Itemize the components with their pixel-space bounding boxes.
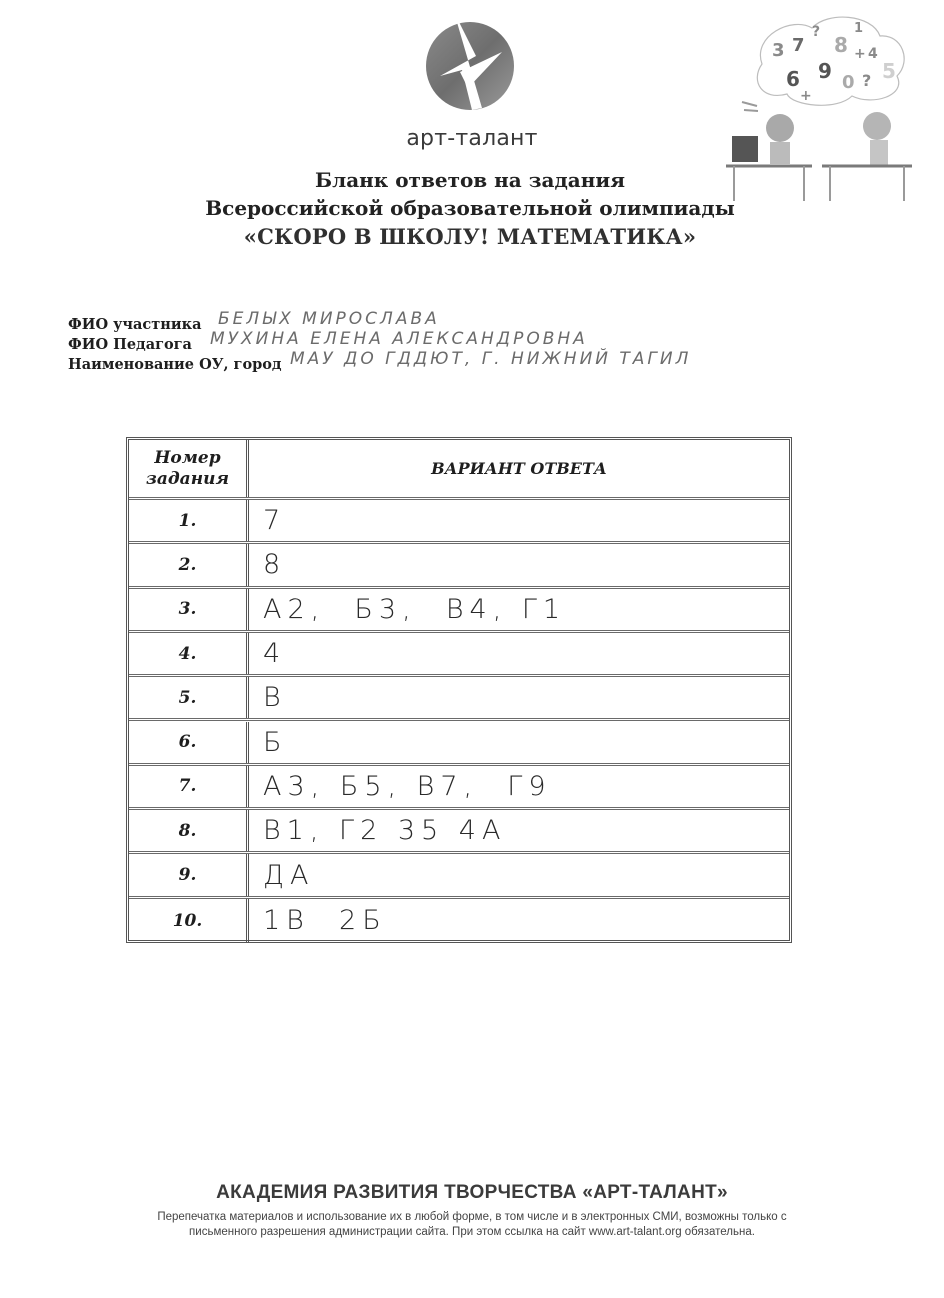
table-row: 6.Б [129, 722, 789, 766]
table-row: 1.7 [129, 500, 789, 544]
table-row: 8.В1, Г2 35 4А [129, 810, 789, 854]
field-value-handwritten: МАУ ДО ГДДЮТ, г. Нижний Тагил [290, 349, 691, 369]
header-num-line-2: задания [146, 469, 229, 490]
handwritten-answer: В [249, 677, 789, 718]
task-number: 10. [129, 899, 249, 943]
footer-notice-line-1: Перепечатка материалов и использование и… [80, 1210, 864, 1225]
handwritten-answer: 8 [249, 544, 789, 585]
handwritten-answer: 7 [249, 500, 789, 541]
school-city-field: Наименование ОУ, город МАУ ДО ГДДЮТ, г. … [68, 355, 282, 375]
svg-text:?: ? [862, 71, 871, 90]
table-row: 5.В [129, 677, 789, 721]
header-answer-variant: ВАРИАНТ ОТВЕТА [249, 440, 789, 497]
participant-fields: ФИО участника Белых Мирослава ФИО Педаго… [68, 315, 282, 375]
handwritten-answer: 1В 2Б [249, 899, 789, 943]
handwritten-answer: ДА [249, 854, 789, 895]
svg-text:0: 0 [842, 72, 855, 93]
header-num-line-1: Номер [154, 448, 220, 469]
table-row: 4.4 [129, 633, 789, 677]
title-line-1: Бланк ответов на задания [150, 166, 790, 194]
svg-text:1: 1 [854, 21, 863, 36]
svg-text:+: + [854, 46, 866, 62]
task-number: 1. [129, 500, 249, 541]
title-line-2: Всероссийской образовательной олимпиады [150, 194, 790, 222]
svg-text:3: 3 [772, 40, 785, 61]
svg-text:5: 5 [882, 59, 896, 83]
task-number: 8. [129, 810, 249, 851]
handwritten-answer: А2, Б3, В4, Г1 [249, 589, 789, 630]
handwritten-answer: Б [249, 722, 789, 763]
table-row: 10.1В 2Б [129, 899, 789, 943]
art-talant-logo-icon [410, 8, 530, 118]
handwritten-answer: А3, Б5, В7, Г9 [249, 766, 789, 807]
svg-text:+: + [800, 88, 812, 104]
field-label: ФИО Педагога [68, 336, 192, 353]
svg-text:9: 9 [818, 59, 832, 83]
footer-organization: АКАДЕМИЯ РАЗВИТИЯ ТВОРЧЕСТВА «АРТ-ТАЛАНТ… [80, 1182, 864, 1204]
task-number: 7. [129, 766, 249, 807]
task-number: 2. [129, 544, 249, 585]
footer-notice-line-2: письменного разрешения администрации сай… [80, 1225, 864, 1240]
field-value-handwritten: Мухина Елена Александровна [210, 329, 588, 349]
svg-text:6: 6 [786, 67, 800, 91]
answer-table: Номер задания ВАРИАНТ ОТВЕТА 1.72.83.А2,… [126, 437, 792, 943]
field-label: Наименование ОУ, город [68, 356, 282, 373]
svg-text:8: 8 [834, 33, 848, 57]
table-row: 2.8 [129, 544, 789, 588]
title-line-3: «СКОРО В ШКОЛУ! МАТЕМАТИКА» [150, 222, 790, 252]
table-header-row: Номер задания ВАРИАНТ ОТВЕТА [129, 440, 789, 500]
task-number: 9. [129, 854, 249, 895]
table-row: 7.А3, Б5, В7, Г9 [129, 766, 789, 810]
header-task-number: Номер задания [129, 440, 249, 497]
task-number: 5. [129, 677, 249, 718]
field-value-handwritten: Белых Мирослава [218, 309, 440, 329]
handwritten-answer: 4 [249, 633, 789, 674]
svg-text:7: 7 [792, 35, 805, 56]
task-number: 6. [129, 722, 249, 763]
page-footer: АКАДЕМИЯ РАЗВИТИЯ ТВОРЧЕСТВА «АРТ-ТАЛАНТ… [80, 1182, 864, 1240]
teacher-name-field: ФИО Педагога Мухина Елена Александровна [68, 335, 282, 355]
table-row: 3.А2, Б3, В4, Г1 [129, 589, 789, 633]
field-label: ФИО участника [68, 316, 201, 333]
brand-name: арт-талант [370, 126, 574, 151]
footer-copyright-notice: Перепечатка материалов и использование и… [80, 1210, 864, 1240]
form-title: Бланк ответов на задания Всероссийской о… [150, 166, 790, 252]
handwritten-answer: В1, Г2 35 4А [249, 810, 789, 851]
task-number: 3. [129, 589, 249, 630]
svg-text:4: 4 [868, 46, 878, 62]
table-row: 9.ДА [129, 854, 789, 898]
svg-text:?: ? [812, 24, 820, 40]
task-number: 4. [129, 633, 249, 674]
